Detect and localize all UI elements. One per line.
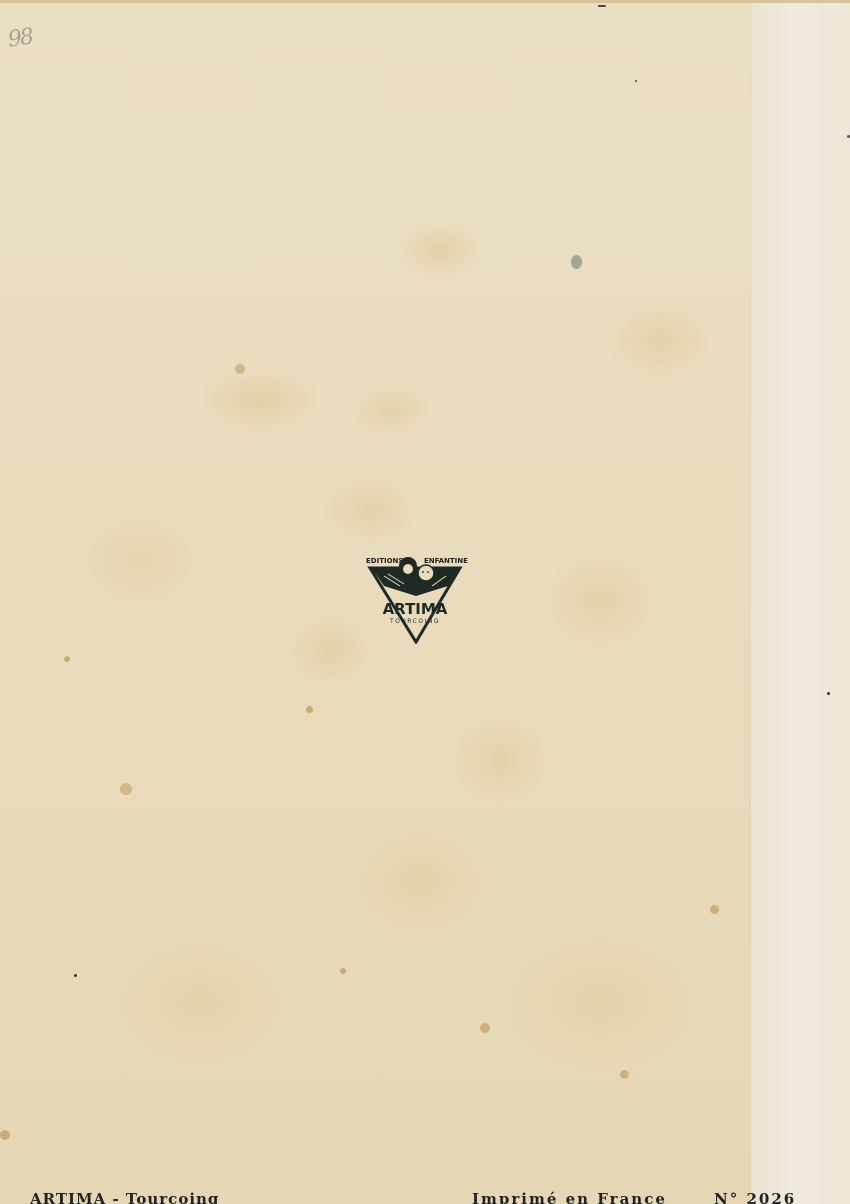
printed-in-france: Imprimé en France [472, 1190, 667, 1204]
dirt-speck [74, 974, 77, 977]
ink-spot [571, 255, 582, 269]
logo-enfantines-text: ENFANTINES [424, 557, 468, 565]
stain-spot [340, 968, 346, 974]
stain-spot [306, 706, 313, 713]
handwritten-page-number: 98 [6, 24, 33, 52]
stain-spot [620, 1070, 629, 1079]
logo-brand-text: ARTIMA [383, 600, 448, 618]
stain-spot [64, 656, 70, 662]
stain-spot [0, 1130, 10, 1140]
page-edge-strip [750, 0, 850, 1204]
back-cover-paper: 98 EDITIONS ENFANTINES [0, 0, 750, 1204]
top-edge [0, 0, 850, 3]
stain-spot [710, 905, 719, 914]
scanned-page: 98 EDITIONS ENFANTINES [0, 0, 850, 1204]
artima-emblem-icon: EDITIONS ENFANTINES ARTIMA TOURC [362, 552, 468, 644]
publisher-logo: EDITIONS ENFANTINES ARTIMA TOURC [362, 552, 468, 644]
stain-spot [235, 364, 245, 374]
issue-number: N° 2026 [714, 1190, 796, 1204]
publisher-imprint: ARTIMA - Tourcoing [30, 1190, 219, 1204]
dirt-speck [598, 5, 606, 7]
issue-label: N° [714, 1190, 739, 1204]
logo-city-text: TOURCOING [389, 618, 440, 625]
issue-value: 2026 [746, 1190, 796, 1204]
logo-editions-text: EDITIONS [366, 557, 403, 565]
stain-spot [480, 1023, 490, 1033]
stain-spot [120, 783, 132, 795]
dirt-speck [635, 80, 637, 82]
footer: ARTIMA - Tourcoing Imprimé en France N° … [0, 1190, 850, 1204]
dirt-speck [827, 692, 830, 695]
